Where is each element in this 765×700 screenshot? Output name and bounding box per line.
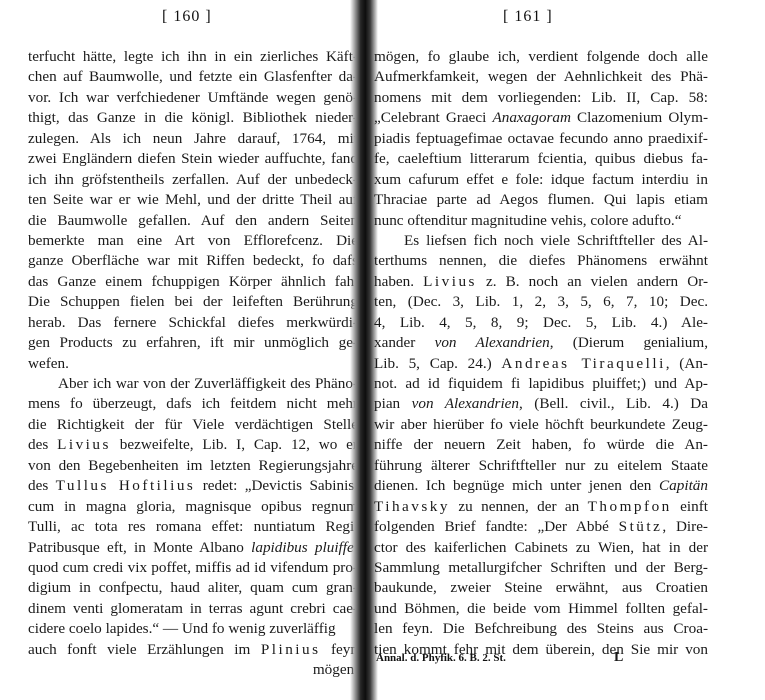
text-line: baukunde, zweier Steine erwähnt, aus Cro… — [374, 578, 708, 598]
text-line: Aber ich war von der Zuverläffigkeit des… — [28, 374, 358, 394]
text-line: die Richtigkeit der für Viele verdächtig… — [28, 415, 358, 435]
text-line: niffe der neuern Zeit haben, fo würde di… — [374, 435, 708, 455]
text-line: ten Seite war er wie Mehl, und der dritt… — [28, 190, 358, 210]
text-line: len feyn. Die Befchreibung des Steins au… — [374, 619, 708, 639]
text-line: haben. Livius z. B. noch an vielen ander… — [374, 272, 708, 292]
journal-footer-signature: Annal. d. Phyfik. 6. B. 2. St. — [376, 652, 506, 664]
text-line: ctor des kaiferlichen Cabinets zu Wien, … — [374, 538, 708, 558]
page-number-right: [ 161 ] — [503, 8, 553, 26]
text-line: terthums nennen, die diefes Phänomens er… — [374, 251, 708, 271]
text-line: „Celebrant Graeci Anaxagoram Clazomenium… — [374, 108, 708, 128]
text-line: des Livius bezweifelte, Lib. I, Cap. 12,… — [28, 435, 358, 455]
text-line: Die Schuppen fielen bei der leifeften Be… — [28, 292, 358, 312]
text-line: digium in confpectu, haud aliter, quam c… — [28, 578, 358, 598]
text-line: ganze Oberfläche war mit Riffen bedeckt,… — [28, 251, 358, 271]
text-line: wefen. — [28, 354, 358, 374]
text-line: mögen, — [28, 660, 358, 680]
text-line: Es liefsen fich noch viele Schriftftelle… — [374, 231, 708, 251]
text-line: fe, caeleftium litterarum fcientia, quib… — [374, 149, 708, 169]
text-line: mens fo überzeugt, dafs ich feitdem nich… — [28, 394, 358, 414]
text-line: nunc oftenditur magnitudine vehis, color… — [374, 211, 708, 231]
right-page-body-text: mögen, fo glaube ich, verdient folgende … — [374, 47, 708, 660]
text-line: herab. Das fernere Schickfal diefes merk… — [28, 313, 358, 333]
text-line: thigt, das Ganze in die königl. Biblioth… — [28, 108, 358, 128]
text-line: cidere coelo lapides.“ — Und fo wenig zu… — [28, 619, 358, 639]
left-page: [ 160 ] terfucht hätte, legte ich ihn in… — [0, 0, 362, 700]
text-line: führung älterer Schriftfteller nur zu ei… — [374, 456, 708, 476]
text-line: und Böhmen, die beide vom Himmel follten… — [374, 599, 708, 619]
text-line: folgenden Brief fandte: „Der Abbé Stütz,… — [374, 517, 708, 537]
printer-signature-mark: L — [614, 650, 623, 666]
text-line: Aufmerkfamkeit, wegen der Aehnlichkeit d… — [374, 67, 708, 87]
text-line: auch fonft viele Erzählungen im Plinius … — [28, 640, 358, 660]
page-number-left: [ 160 ] — [162, 8, 212, 26]
text-line: ich ihn gröfstentheils zerfallen. Auf de… — [28, 170, 358, 190]
text-line: Sammlung metallurgifcher Schriften und d… — [374, 558, 708, 578]
text-line: not. ad id fiquidem fi lapidibus pluiffe… — [374, 374, 708, 394]
text-line: von den Begebenheiten im letzten Regieru… — [28, 456, 358, 476]
text-line: dienen. Ich begnüge mich unter jenen den… — [374, 476, 708, 496]
text-line: dinem venti glomeratam in terras agunt c… — [28, 599, 358, 619]
text-line: terfucht hätte, legte ich ihn in ein zie… — [28, 47, 358, 67]
text-line: die Baumwolle gefallen. Auf den andern S… — [28, 211, 358, 231]
text-line: Thraciae parte ad Aegos flumen. Qui lapi… — [374, 190, 708, 210]
text-line: 4, Lib. 4, 5, 8, 9; Dec. 5, Lib. 4.) Ale… — [374, 313, 708, 333]
text-line: chen auf Baumwolle, und fetzte ein Glasf… — [28, 67, 358, 87]
text-line: wir aber hierüber fo viele höchft beurku… — [374, 415, 708, 435]
text-line: das Ganze einem fchuppigen Körper ähnlic… — [28, 272, 358, 292]
text-line: gen Products zu erfahren, ift mir unmögl… — [28, 333, 358, 353]
left-page-body-text: terfucht hätte, legte ich ihn in ein zie… — [28, 47, 358, 681]
text-line: ten, (Dec. 3, Lib. 1, 2, 3, 5, 6, 7, 10;… — [374, 292, 708, 312]
text-line: cum in magna gloria, magnisque opibus re… — [28, 497, 358, 517]
text-line: piadis feptuagefimae octavae fecundo ann… — [374, 129, 708, 149]
text-line: nomens mit dem vorliegenden: Lib. II, Ca… — [374, 88, 708, 108]
text-line: vor. Ich war verfchiedener Umftände wege… — [28, 88, 358, 108]
text-line: zulegen. Als ich neun Jahre darauf, 1764… — [28, 129, 358, 149]
right-page: [ 161 ] mögen, fo glaube ich, verdient f… — [362, 0, 765, 700]
text-line: Patribusque eft, in Monte Albano lapidib… — [28, 538, 358, 558]
text-line: mögen, fo glaube ich, verdient folgende … — [374, 47, 708, 67]
text-line: des Tullus Hoftilius redet: „Devictis Sa… — [28, 476, 358, 496]
text-line: Lib. 5, Cap. 24.) Andreas Tiraquelli, (A… — [374, 354, 708, 374]
text-line: Tulli, ac tota res romana effet: nuntiat… — [28, 517, 358, 537]
text-line: zwei Engländern diefen Stein wieder auff… — [28, 149, 358, 169]
text-line: xum cafurum effet e fole: idque factum i… — [374, 170, 708, 190]
text-line: Tihavsky zu nennen, der an Thompfon einf… — [374, 497, 708, 517]
text-line: xander von Alexandrien, (Dierum genialiu… — [374, 333, 708, 353]
text-line: pian von Alexandrien, (Bell. civil., Lib… — [374, 394, 708, 414]
text-line: quod cum credi vix poffet, miffis ad id … — [28, 558, 358, 578]
text-line: bemerkte man eine Art von Efflorefcenz. … — [28, 231, 358, 251]
